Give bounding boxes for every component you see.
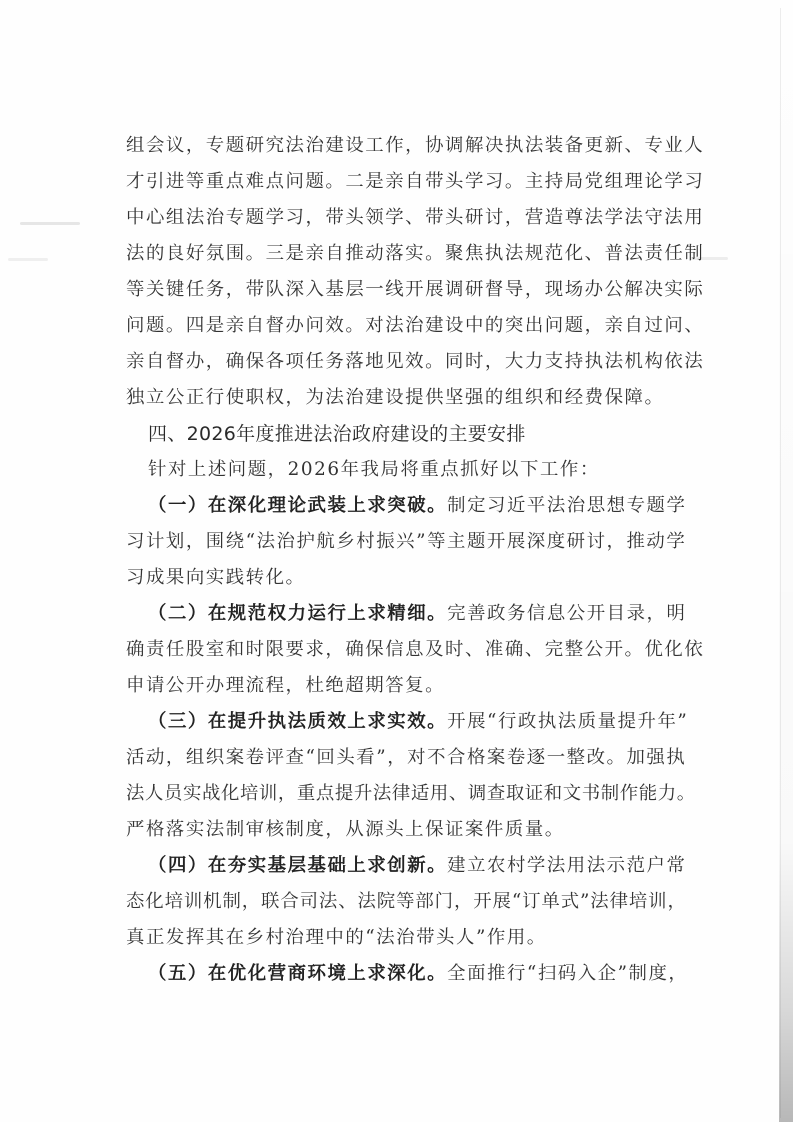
text-line: 活动，组织案卷评查“回头看”，对不合格案卷逐一整改。加强执 <box>126 740 672 776</box>
text-line: 申请公开办理流程，杜绝超期答复。 <box>126 668 672 704</box>
item-1: （一）在深化理论武装上求突破。制定习近平法治思想专题学 习计划，围绕“法治护航乡… <box>126 488 672 596</box>
text-line: 真正发挥其在乡村治理中的“法治带头人”作用。 <box>126 920 672 956</box>
text-line: 问题。四是亲自督办问效。对法治建设中的突出问题，亲自过问、 <box>126 308 672 344</box>
text-line: 法的良好氛围。三是亲自推动落实。聚焦执法规范化、普法责任制 <box>126 236 672 272</box>
text-line: 态化培训机制，联合司法、法院等部门，开展“订单式”法律培训， <box>126 884 672 920</box>
item-title: （四）在夯实基层基础上求创新。 <box>148 855 447 876</box>
text-line: 独立公正行使职权，为法治建设提供坚强的组织和经费保障。 <box>126 380 672 416</box>
scan-edge-shadow <box>779 0 793 1122</box>
item-first-line: （五）在优化营商环境上求深化。全面推行“扫码入企”制度， <box>126 956 672 992</box>
text-line: 组会议，专题研究法治建设工作，协调解决执法装备更新、专业人 <box>126 128 672 164</box>
item-text: 全面推行“扫码入企”制度， <box>447 963 688 984</box>
item-2: （二）在规范权力运行上求精细。完善政务信息公开目录，明 确责任股室和时限要求，确… <box>126 596 672 704</box>
item-title: （一）在深化理论武装上求突破。 <box>148 495 447 516</box>
item-title: （三）在提升执法质效上求实效。 <box>148 711 447 732</box>
text-line: 中心组法治专题学习，带头领学、带头研讨，营造尊法学法守法用 <box>126 200 672 236</box>
document-body: 组会议，专题研究法治建设工作，协调解决执法装备更新、专业人 才引进等重点难点问题… <box>126 128 672 992</box>
scanned-page: 组会议，专题研究法治建设工作，协调解决执法装备更新、专业人 才引进等重点难点问题… <box>0 0 793 1122</box>
item-4: （四）在夯实基层基础上求创新。建立农村学法用法示范户常 态化培训机制，联合司法、… <box>126 848 672 956</box>
continuation-paragraph: 组会议，专题研究法治建设工作，协调解决执法装备更新、专业人 才引进等重点难点问题… <box>126 128 672 416</box>
item-first-line: （三）在提升执法质效上求实效。开展“行政执法质量提升年” <box>126 704 672 740</box>
section-heading: 四、2026年度推进法治政府建设的主要安排 <box>126 416 672 452</box>
item-text: 制定习近平法治思想专题学 <box>447 495 686 516</box>
text-line: 严格落实法制审核制度，从源头上保证案件质量。 <box>126 812 672 848</box>
item-first-line: （一）在深化理论武装上求突破。制定习近平法治思想专题学 <box>126 488 672 524</box>
scan-noise <box>8 258 48 261</box>
item-title: （五）在优化营商环境上求深化。 <box>148 963 447 984</box>
text-line: 等关键任务，带队深入基层一线开展调研督导，现场办公解决实际 <box>126 272 672 308</box>
item-first-line: （二）在规范权力运行上求精细。完善政务信息公开目录，明 <box>126 596 672 632</box>
item-3: （三）在提升执法质效上求实效。开展“行政执法质量提升年” 活动，组织案卷评查“回… <box>126 704 672 848</box>
item-title: （二）在规范权力运行上求精细。 <box>148 603 447 624</box>
text-line: 法人员实战化培训，重点提升法律适用、调查取证和文书制作能力。 <box>126 776 672 812</box>
scan-noise <box>20 222 80 225</box>
intro-text: 针对上述问题，2026年我局将重点抓好以下工作： <box>126 452 672 488</box>
item-text: 建立农村学法用法示范户常 <box>447 855 686 876</box>
item-text: 完善政务信息公开目录，明 <box>447 603 686 624</box>
text-line: 才引进等重点难点问题。二是亲自带头学习。主持局党组理论学习 <box>126 164 672 200</box>
text-line: 习成果向实践转化。 <box>126 560 672 596</box>
item-first-line: （四）在夯实基层基础上求创新。建立农村学法用法示范户常 <box>126 848 672 884</box>
text-line: 亲自督办，确保各项任务落地见效。同时，大力支持执法机构依法 <box>126 344 672 380</box>
item-text: 开展“行政执法质量提升年” <box>447 711 688 732</box>
text-line: 确责任股室和时限要求，确保信息及时、准确、完整公开。优化依 <box>126 632 672 668</box>
item-5: （五）在优化营商环境上求深化。全面推行“扫码入企”制度， <box>126 956 672 992</box>
text-line: 习计划，围绕“法治护航乡村振兴”等主题开展深度研讨，推动学 <box>126 524 672 560</box>
